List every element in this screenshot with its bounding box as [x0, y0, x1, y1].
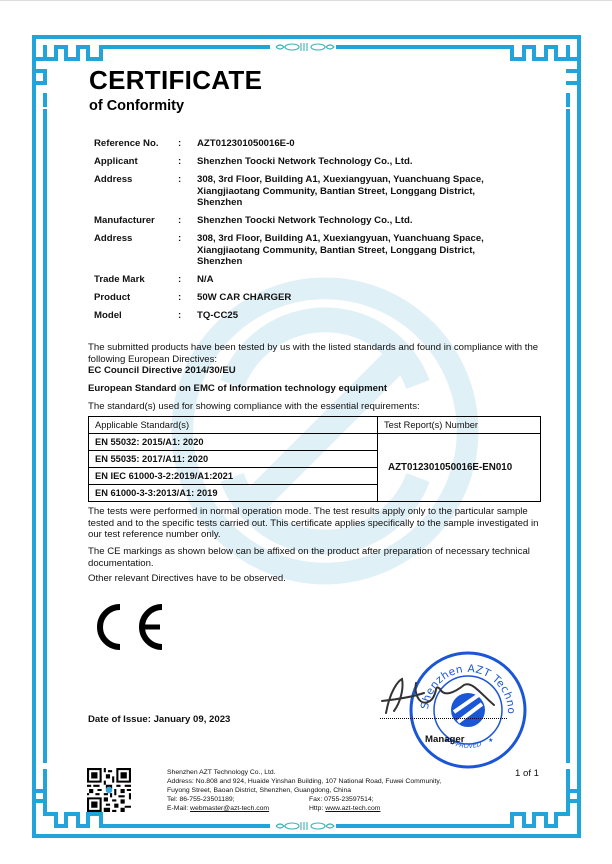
footer-email-label: E-Mail:: [167, 805, 188, 812]
footer-fax: Fax: 0755-23597514;: [309, 796, 374, 805]
footer-company: Shenzhen AZT Technology Co., Ltd.: [167, 769, 441, 778]
ce-mark-icon: [88, 601, 168, 653]
intro-text: The submitted products have been tested …: [88, 342, 548, 365]
signature-icon: [372, 671, 502, 721]
standard-title: European Standard on EMC of Information …: [88, 383, 548, 395]
standards-intro: The standard(s) used for showing complia…: [88, 401, 548, 413]
info-row-product: Product : 50W CAR CHARGER: [94, 292, 544, 304]
info-value: 308, 3rd Floor, Building A1, Xuexiangyua…: [197, 174, 544, 209]
table-row: EN 55032: 2015/A1: 2020 AZT012301050016E…: [89, 434, 541, 451]
svg-text:★: ★: [488, 737, 493, 744]
info-row-manufacturer-address: Address : 308, 3rd Floor, Building A1, X…: [94, 233, 544, 268]
table-header-row: Applicable Standard(s) Test Report(s) Nu…: [89, 417, 541, 434]
info-label: Product: [94, 292, 178, 304]
footer-address-line1: Address: No.808 and 924, Huaide Yinshan …: [167, 778, 441, 787]
standard-cell: EN 55035: 2017/A11: 2020: [89, 451, 378, 468]
standards-table: Applicable Standard(s) Test Report(s) Nu…: [88, 416, 541, 502]
footer-address-line2: Fuyong Street, Baoan District, Shenzhen,…: [167, 787, 441, 796]
info-row-applicant: Applicant : Shenzhen Toocki Network Tech…: [94, 156, 544, 168]
standard-cell: EN 61000-3-3:2013/A1: 2019: [89, 485, 378, 502]
info-separator: :: [178, 292, 197, 304]
info-label: Manufacturer: [94, 215, 178, 227]
info-value: 308, 3rd Floor, Building A1, Xuexiangyua…: [197, 233, 544, 268]
info-value: 50W CAR CHARGER: [197, 292, 544, 304]
standard-cell: EN 55032: 2015/A1: 2020: [89, 434, 378, 451]
signature-line: [380, 718, 507, 719]
info-value: Shenzhen Toocki Network Technology Co., …: [197, 215, 544, 227]
info-label: Reference No.: [94, 138, 178, 150]
info-label: Address: [94, 233, 178, 268]
ce-text: The CE markings as shown below can be af…: [88, 546, 548, 569]
standard-cell: EN IEC 61000-3-2:2019/A1:2021: [89, 468, 378, 485]
info-separator: :: [178, 156, 197, 168]
footer-tel: Tel: 86-755-23501189;: [167, 796, 309, 805]
info-row-manufacturer: Manufacturer : Shenzhen Toocki Network T…: [94, 215, 544, 227]
info-row-model: Model : TQ-CC25: [94, 310, 544, 322]
info-label: Model: [94, 310, 178, 322]
top-ornament: [276, 43, 334, 51]
info-value: N/A: [197, 274, 544, 286]
footer-http-label: Http:: [309, 805, 323, 812]
table-header: Test Report(s) Number: [378, 417, 541, 434]
directive: EC Council Directive 2014/30/EU: [88, 365, 548, 377]
info-value: Shenzhen Toocki Network Technology Co., …: [197, 156, 544, 168]
tests-text: The tests were performed in normal opera…: [88, 506, 548, 541]
info-label: Applicant: [94, 156, 178, 168]
info-separator: :: [178, 233, 197, 268]
page-number: 1 of 1: [515, 768, 539, 779]
qr-code-icon[interactable]: [87, 768, 131, 812]
info-row-trade-mark: Trade Mark : N/A: [94, 274, 544, 286]
certificate-title: CERTIFICATE: [89, 65, 262, 96]
certificate-info: Reference No. : AZT012301050016E-0 Appli…: [94, 138, 544, 328]
signatory-title: Manager: [425, 734, 464, 745]
footer-website-link[interactable]: www.azt-tech.com: [325, 805, 380, 812]
info-value: AZT012301050016E-0: [197, 138, 544, 150]
certificate-page: CERTIFICATE of Conformity Reference No. …: [0, 0, 612, 864]
footer: Shenzhen AZT Technology Co., Ltd. Addres…: [167, 769, 441, 814]
certificate-subtitle: of Conformity: [89, 98, 184, 114]
table-header: Applicable Standard(s): [89, 417, 378, 434]
info-label: Trade Mark: [94, 274, 178, 286]
date-of-issue: Date of Issue: January 09, 2023: [88, 714, 230, 725]
info-separator: :: [178, 215, 197, 227]
info-separator: :: [178, 138, 197, 150]
other-directives-text: Other relevant Directives have to be obs…: [88, 573, 548, 585]
info-row-applicant-address: Address : 308, 3rd Floor, Building A1, X…: [94, 174, 544, 209]
info-value: TQ-CC25: [197, 310, 544, 322]
report-number-cell: AZT012301050016E-EN010: [378, 434, 541, 502]
info-label: Address: [94, 174, 178, 209]
bottom-ornament: [276, 822, 334, 830]
info-separator: :: [178, 310, 197, 322]
info-separator: :: [178, 174, 197, 209]
info-separator: :: [178, 274, 197, 286]
info-row-reference: Reference No. : AZT012301050016E-0: [94, 138, 544, 150]
footer-email-link[interactable]: webmaster@azt-tech.com: [190, 805, 269, 812]
